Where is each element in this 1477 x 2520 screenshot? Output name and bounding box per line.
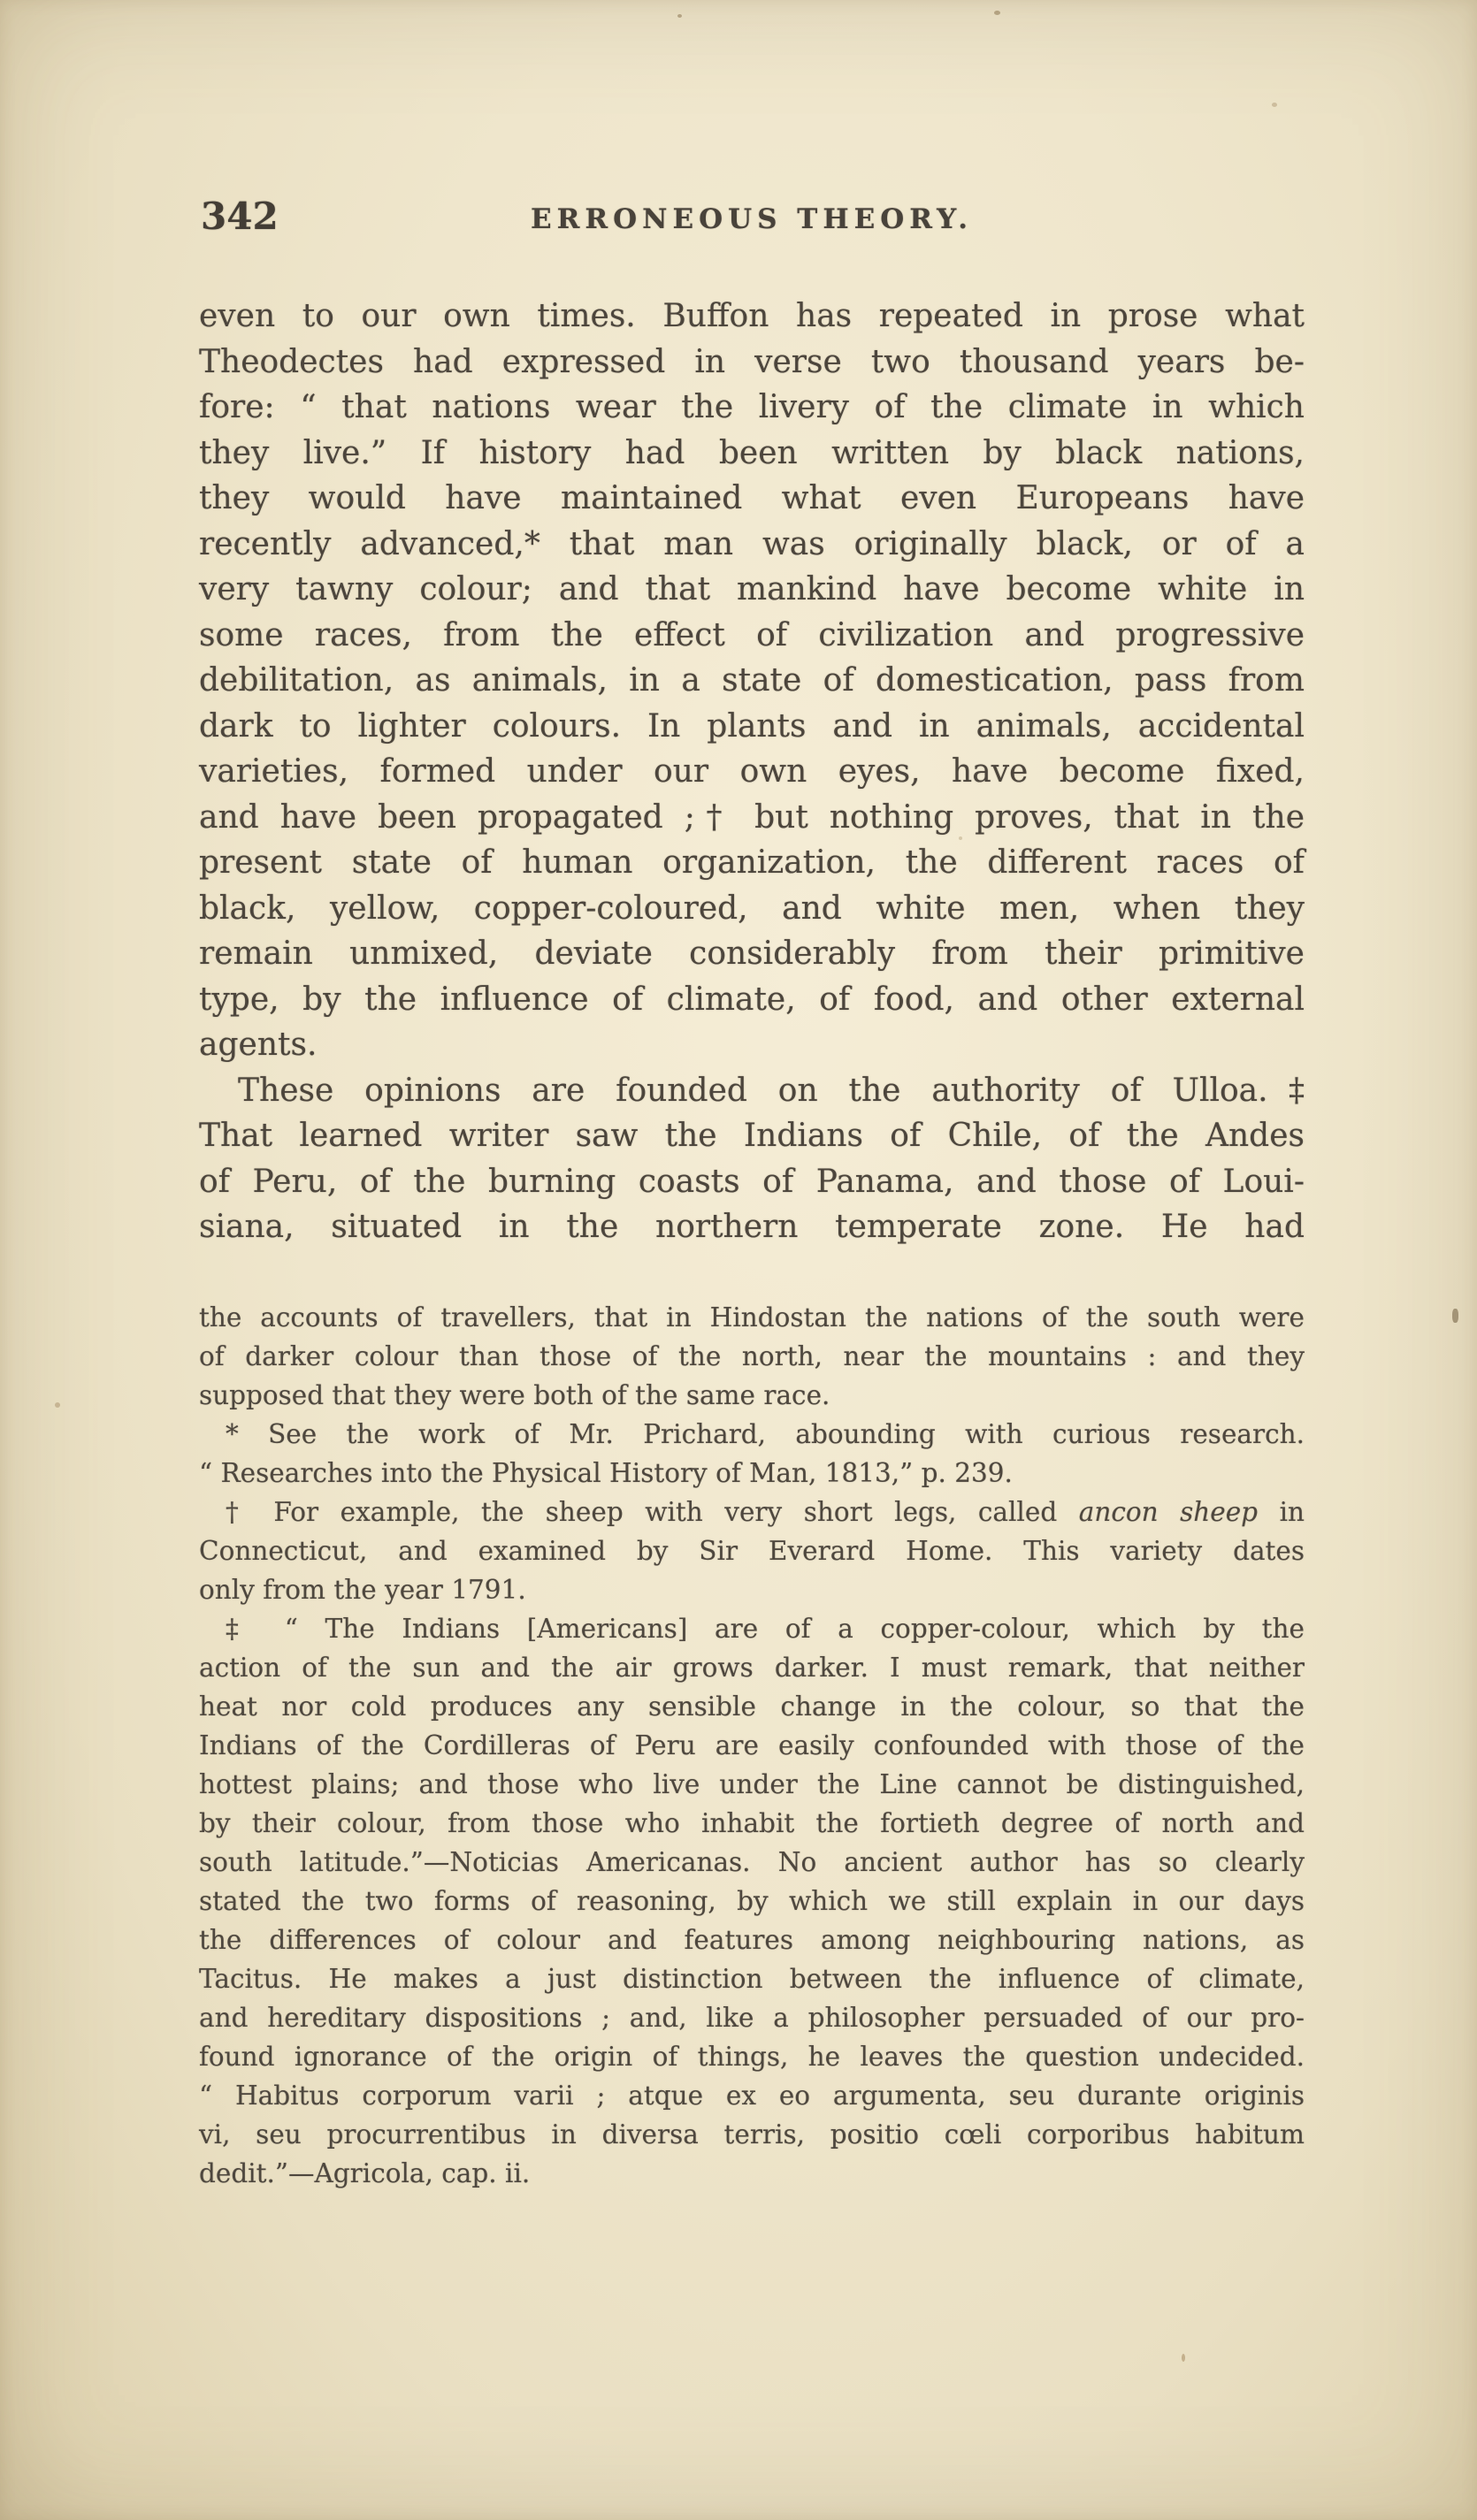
text-line: Tacitus. He makes a just distinction bet… [199, 1959, 1305, 1998]
text-line: and have been propagated ;† but nothing … [199, 795, 1305, 841]
text-line: found ignorance of the origin of things,… [199, 2037, 1305, 2076]
text-line: the accounts of travellers, that in Hind… [199, 1298, 1305, 1337]
body-text: even to our own times. Buffon has repeat… [199, 294, 1305, 1250]
text-line: by their colour, from those who inhabit … [199, 1804, 1305, 1843]
text-line: and hereditary dispositions ; and, like … [199, 1998, 1305, 2037]
text-line: south latitude.”—Noticias Americanas. No… [199, 1843, 1305, 1882]
text-line: black, yellow, copper-coloured, and whit… [199, 886, 1305, 932]
scan-speck [959, 836, 962, 840]
text-line: “ Habitus corporum varii ; atque ex eo a… [199, 2076, 1305, 2115]
text-line: hottest plains; and those who live under… [199, 1765, 1305, 1804]
scan-speck [677, 14, 682, 18]
text-line: Connecticut, and examined by Sir Everard… [199, 1531, 1305, 1570]
text-line: varieties, formed under our own eyes, ha… [199, 749, 1305, 795]
text-line: some races, from the effect of civilizat… [199, 613, 1305, 659]
text-line: recently advanced,* that man was origina… [199, 522, 1305, 568]
scan-speck [1272, 103, 1277, 107]
text-line: heat nor cold produces any sensible chan… [199, 1687, 1305, 1726]
running-title: ERRONEOUS THEORY. [199, 203, 1305, 235]
text-line: stated the two forms of reasoning, by wh… [199, 1882, 1305, 1921]
text-line: vi, seu procurrentibus in diversa terris… [199, 2115, 1305, 2154]
scan-speck [55, 1402, 60, 1408]
text-line: ‡ “ The Indians [Americans] are of a cop… [199, 1609, 1305, 1648]
text-line: “ Researches into the Physical History o… [199, 1454, 1305, 1493]
text-line: † For example, the sheep with very short… [199, 1493, 1305, 1531]
text-line: action of the sun and the air grows dark… [199, 1648, 1305, 1687]
text-line: type, by the influence of climate, of fo… [199, 977, 1305, 1023]
scan-speck [1182, 2354, 1185, 2362]
scan-speck [1452, 1309, 1458, 1323]
text-line: they live.” If history had been written … [199, 431, 1305, 477]
scan-speck [994, 11, 1000, 15]
text-line: These opinions are founded on the author… [199, 1068, 1305, 1114]
text-line: debilitation, as animals, in a state of … [199, 658, 1305, 704]
text-line: even to our own times. Buffon has repeat… [199, 294, 1305, 340]
text-line: supposed that they were both of the same… [199, 1376, 1305, 1415]
text-line: only from the year 1791. [199, 1570, 1305, 1609]
text-line: they would have maintained what even Eur… [199, 476, 1305, 522]
text-line: dedit.”—Agricola, cap. ii. [199, 2154, 1305, 2193]
text-line: That learned writer saw the Indians of C… [199, 1113, 1305, 1159]
text-line: agents. [199, 1022, 1305, 1068]
text-line: * See the work of Mr. Prichard, aboundin… [199, 1415, 1305, 1454]
text-line: Theodectes had expressed in verse two th… [199, 340, 1305, 386]
text-line: Indians of the Cordilleras of Peru are e… [199, 1726, 1305, 1765]
text-line: dark to lighter colours. In plants and i… [199, 704, 1305, 750]
text-line: of darker colour than those of the north… [199, 1337, 1305, 1376]
text-line: remain unmixed, deviate considerably fro… [199, 931, 1305, 977]
text-line: present state of human organization, the… [199, 840, 1305, 886]
text-line: very tawny colour; and that mankind have… [199, 567, 1305, 613]
text-line: siana, situated in the northern temperat… [199, 1204, 1305, 1250]
text-line: of Peru, of the burning coasts of Panama… [199, 1159, 1305, 1205]
text-line: fore: “ that nations wear the livery of … [199, 385, 1305, 431]
book-page-scan: 342 ERRONEOUS THEORY. even to our own ti… [0, 0, 1477, 2520]
running-head: 342 ERRONEOUS THEORY. [199, 195, 1305, 256]
text-line: the differences of colour and features a… [199, 1921, 1305, 1959]
footnotes: the accounts of travellers, that in Hind… [199, 1298, 1305, 2193]
